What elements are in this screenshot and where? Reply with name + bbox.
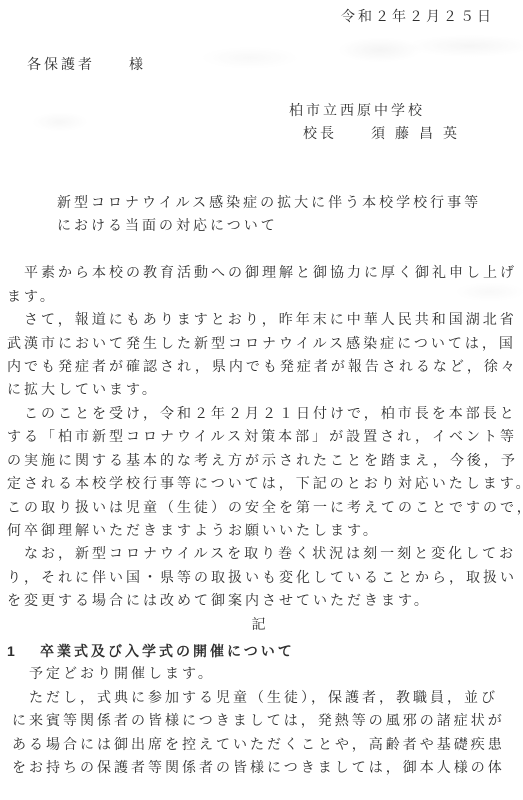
text-line: 新型コロナウイルス感染症の拡大に伴う本校学校行事等 [57, 192, 516, 215]
sender-school: 柏市立西原中学校 [289, 100, 516, 123]
document-title: 新型コロナウイルス感染症の拡大に伴う本校学校行事等における当面の対応について [57, 192, 516, 239]
note-marker: 記 [1, 614, 516, 637]
document-page: 令和２年２月２５日 各保護者 様 柏市立西原中学校 校長須藤昌英 新型コロナウイ… [0, 0, 523, 800]
sender-principal-line: 校長須藤昌英 [303, 123, 516, 146]
text-line: 武漢市において発生した新型コロナウイルス感染症については，国 [7, 333, 516, 356]
text-line: をお持ちの保護者等関係者の皆様につきましては，御本人様の体 [12, 757, 516, 780]
text-line: を変更する場合には改めて御案内させていただきます。 [7, 590, 516, 613]
text-line: する「柏市新型コロナウイルス対策本部」が設置され，イベント等 [7, 426, 516, 449]
section1-title: 卒業式及び入学式の開催について [40, 643, 295, 659]
text-line: り，それに伴い国・県等の取扱いも変化していることから，取扱い [7, 567, 516, 590]
text-line: 定される本校学校行事等については，下記のとおり対応いたします。 [7, 473, 516, 496]
recipient-line: 各保護者 様 [27, 54, 516, 77]
text-line: さて，報道にもありますとおり，昨年末に中華人民共和国湖北省 [7, 309, 516, 332]
text-line: の実施に関する基本的な考え方が示されたことを踏まえ，今後，予 [7, 450, 516, 473]
sender-name: 須藤昌英 [371, 127, 467, 142]
text-line: ただし，式典に参加する児童（生徒），保護者，教職員，並び [12, 687, 516, 710]
text-line: なお，新型コロナウイルスを取り巻く状況は刻一刻と変化してお [7, 543, 516, 566]
document-body: 平素から本校の教育活動への御理解と御協力に厚く御礼申し上げます。 さて，報道にも… [7, 262, 516, 613]
text-line: ある場合には御出席を控えていただくことや，高齢者や基礎疾患 [12, 734, 516, 757]
section1-heading: 1卒業式及び入学式の開催について [7, 640, 516, 663]
text-line: に拡大しています。 [7, 379, 516, 402]
section1-content: 予定どおり開催します。 ただし，式典に参加する児童（生徒），保護者，教職員，並び… [7, 663, 516, 780]
text-line: ます。 [7, 286, 516, 309]
text-line: における当面の対応について [57, 215, 516, 238]
text-line: この取り扱いは児童（生徒）の安全を第一に考えてのことですので， [7, 497, 516, 520]
text-line: 何卒御理解いただきますようお願いいたします。 [7, 520, 516, 543]
text-line: 内でも発症者が確認され，県内でも発症者が報告されるなど，徐々 [7, 356, 516, 379]
text-line: に来賓等関係者の皆様につきましては，発熱等の風邪の諸症状が [12, 710, 516, 733]
text-line: 平素から本校の教育活動への御理解と御協力に厚く御礼申し上げ [7, 262, 516, 285]
text-line: 予定どおり開催します。 [12, 663, 516, 686]
sender-title: 校長 [303, 127, 337, 142]
document-date: 令和２年２月２５日 [341, 6, 516, 29]
section1-number: 1 [7, 640, 40, 663]
text-line: このことを受け，令和２年２月２１日付けで，柏市長を本部長と [7, 403, 516, 426]
